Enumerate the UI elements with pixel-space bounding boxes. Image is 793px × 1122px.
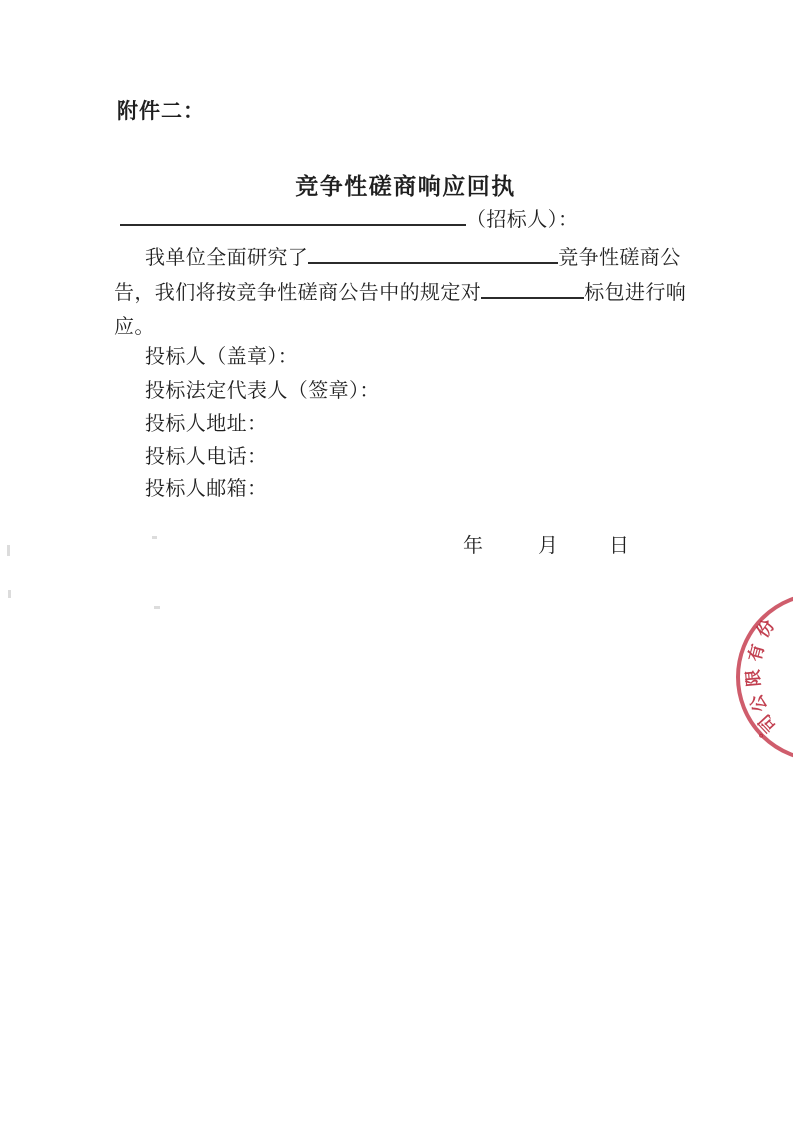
fill-in-blank-package-number xyxy=(481,276,584,299)
field-bidder-seal: 投标人（盖章）： xyxy=(145,340,298,369)
paragraph-text: 竞争性磋商公 xyxy=(558,247,680,269)
scan-artifact xyxy=(154,606,160,609)
addressee-suffix: （招标人）： xyxy=(466,209,578,231)
field-bidder-phone: 投标人电话： xyxy=(145,440,267,469)
date-month-label: 月 xyxy=(538,529,558,558)
attachment-label: 附件二： xyxy=(117,95,205,125)
scan-artifact xyxy=(152,536,157,539)
scan-artifact xyxy=(7,545,10,556)
scanned-document-page: 附件二： 竞争性磋商响应回执 （招标人）： 我单位全面研究了竞争性磋商公 告，我… xyxy=(0,0,793,1122)
paragraph-text: 标包进行响 xyxy=(584,282,686,304)
body-paragraph-line-1: 我单位全面研究了竞争性磋商公 xyxy=(145,241,681,270)
fill-in-blank-notice-name xyxy=(308,241,558,264)
field-legal-representative-signature: 投标法定代表人（签章）： xyxy=(145,374,380,403)
body-paragraph-line-3: 应。 xyxy=(114,310,155,339)
body-paragraph-line-2: 告，我们将按竞争性磋商公告中的规定对标包进行响 xyxy=(114,276,686,305)
addressee-line: （招标人）： xyxy=(120,203,578,232)
company-seal-character: 限 xyxy=(744,668,764,688)
document-title: 竞争性磋商响应回执 xyxy=(0,168,793,201)
fill-in-blank-tenderer-name xyxy=(120,203,466,226)
date-year-label: 年 xyxy=(463,529,483,558)
paragraph-text: 告，我们将按竞争性磋商公告中的规定对 xyxy=(114,282,481,304)
field-bidder-address: 投标人地址： xyxy=(145,407,267,436)
field-bidder-email: 投标人邮箱： xyxy=(145,472,267,501)
date-day-label: 日 xyxy=(609,529,629,558)
paragraph-text: 我单位全面研究了 xyxy=(145,247,308,269)
scan-artifact xyxy=(8,590,11,598)
